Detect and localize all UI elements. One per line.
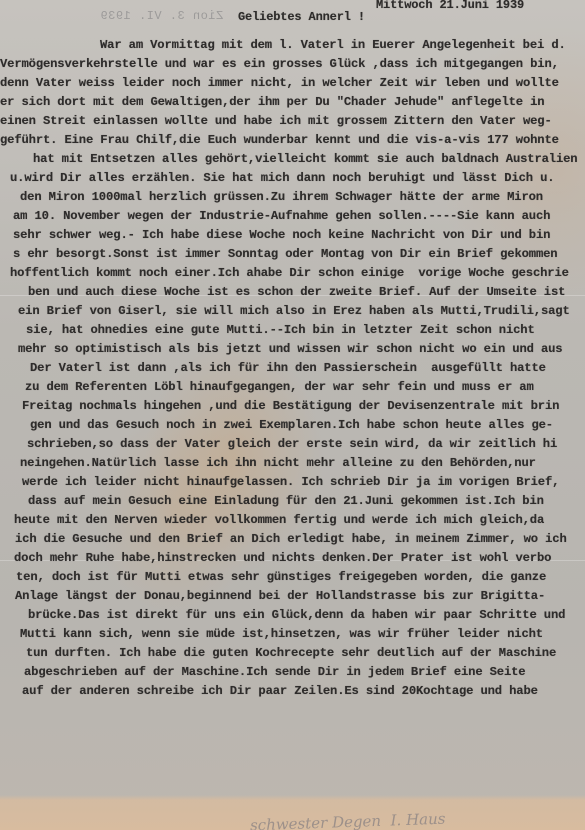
letter-salutation: Geliebtes Annerl ! (238, 10, 365, 24)
letter-line: abgeschrieben auf der Maschine.Ich sende… (24, 665, 525, 679)
letter-line: Anlage längst der Donau,beginnend bei de… (15, 589, 545, 603)
letter-line: denn Vater weiss leider noch immer nicht… (0, 76, 559, 90)
letter-line: u.wird Dir alles erzählen. Sie hat mich … (10, 171, 554, 185)
letter-line: am 10. November wegen der Industrie-Aufn… (13, 209, 550, 223)
letter-line: hoffentlich kommt noch einer.Ich ahabe D… (10, 266, 569, 280)
letter-line: er sich dort mit dem Gewaltigen,der ihm … (0, 95, 544, 109)
letter-line: brücke.Das ist direkt für uns ein Glück,… (28, 608, 565, 622)
letter-line: heute mit den Nerven wieder vollkommen f… (14, 513, 544, 527)
letter-line: auf der anderen schreibe ich Dir paar Ze… (22, 684, 538, 698)
letter-line: War am Vormittag mit dem l. Vaterl in Eu… (100, 38, 566, 52)
letter-line: ten, doch ist für Mutti etwas sehr günst… (16, 570, 546, 584)
letter-line: ben und auch diese Woche ist es schon de… (28, 285, 565, 299)
letter-date: Mittwoch 21.Juni 1939 (376, 0, 524, 12)
letter-line: einen Streit einlassen wollte und habe i… (0, 114, 552, 128)
letter-line: schrieben,so dass der Vater gleich der e… (27, 437, 557, 451)
letter-line: ich die Gesuche und den Brief an Dich er… (15, 532, 567, 546)
letter-line: neingehen.Natürlich lasse ich ihn nicht … (20, 456, 536, 470)
letter-line: doch mehr Ruhe habe,hinstrecken und nich… (14, 551, 551, 565)
letter-line: zu dem Referenten Löbl hinaufgegangen, d… (25, 380, 534, 394)
letter-line: werde ich leider nicht hinaufgelassen. I… (22, 475, 559, 489)
letter-line: hat mit Entsetzen alles gehört,vielleich… (33, 152, 577, 166)
letter-line: Vermögensverkehrstelle und war es ein gr… (0, 57, 559, 71)
letter-line: Mutti kann sich, wenn sie müde ist,hinse… (20, 627, 543, 641)
letter-line: dass auf mein Gesuch eine Einladung für … (28, 494, 544, 508)
letter-line: Freitag nochmals hingehen ,und die Bestä… (22, 399, 559, 413)
letter-line: tun durften. Ich habe die guten Kochrece… (26, 646, 556, 660)
letter-line: geführt. Eine Frau Chilf,die Euch wunder… (0, 133, 559, 147)
letter-line: den Miron 1000mal herzlich grüssen.Zu ih… (20, 190, 543, 204)
letter-line: s ehr besorgt.Sonst ist immer Sonntag od… (13, 247, 557, 261)
letter-line: ein Brief von Giserl, sie will mich also… (18, 304, 570, 318)
letter-line: mehr so optimistisch als bis jetzt und w… (18, 342, 562, 356)
letter-line: sie, hat ohnedies eine gute Mutti.--Ich … (26, 323, 535, 337)
bleed-through-stamp: Zion 3. VI. 1939 (100, 9, 223, 23)
letter-line: sehr schwer weg.- Ich habe diese Woche n… (13, 228, 550, 242)
letter-line: Der Vaterl ist dann ,als ich für ihn den… (30, 361, 546, 375)
letter-line: gen und das Gesuch noch in zwei Exemplar… (30, 418, 553, 432)
